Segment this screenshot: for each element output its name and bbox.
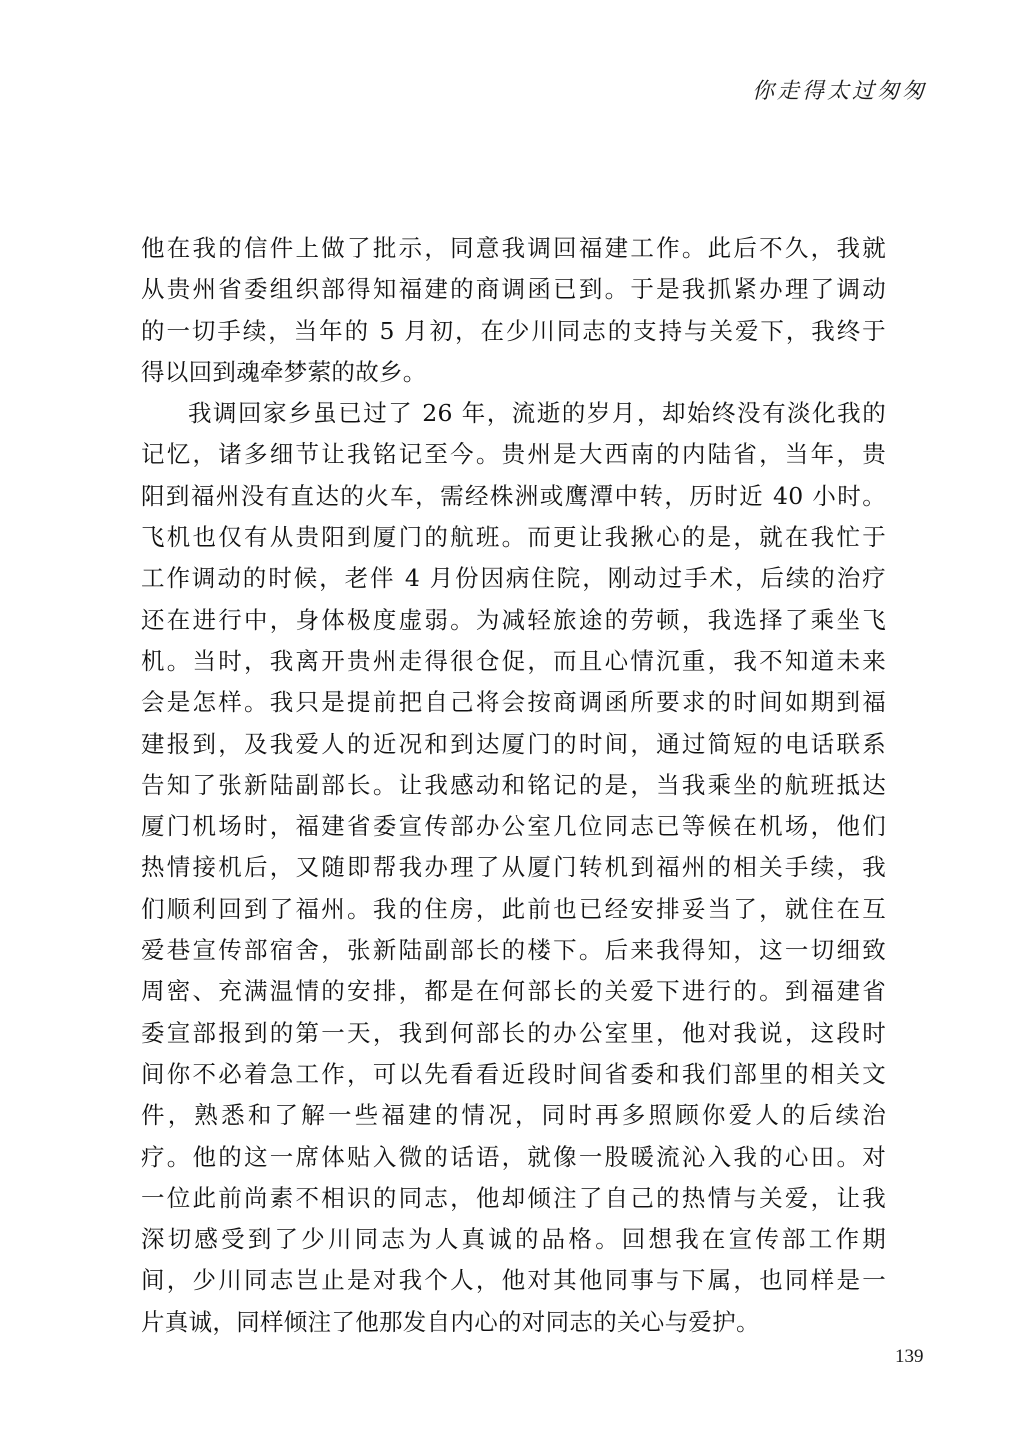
text-line: 他在我的信件上做了批示，同意我调回福建工作。此后不久，我就 [141,228,886,269]
text-line: 委宣部报到的第一天，我到何部长的办公室里，他对我说，这段时 [141,1013,886,1054]
text-line: 们顺利回到了福州。我的住房，此前也已经安排妥当了，就住在互 [141,889,886,930]
text-line: 我调回家乡虽已过了 26 年，流逝的岁月，却始终没有淡化我的 [141,393,886,434]
text-line: 热情接机后，又随即帮我办理了从厦门转机到福州的相关手续，我 [141,847,886,888]
text-line: 从贵州省委组织部得知福建的商调函已到。于是我抓紧办理了调动 [141,269,886,310]
text-line: 工作调动的时候，老伴 4 月份因病住院，刚动过手术，后续的治疗 [141,558,886,599]
text-line: 片真诚，同样倾注了他那发自内心的对同志的关心与爱护。 [141,1302,886,1343]
text-line: 间你不必着急工作，可以先看看近段时间省委和我们部里的相关文 [141,1054,886,1095]
text-line: 的一切手续，当年的 5 月初，在少川同志的支持与关爱下，我终于 [141,311,886,352]
text-line: 爱巷宣传部宿舍，张新陆副部长的楼下。后来我得知，这一切细致 [141,930,886,971]
text-line: 机。当时，我离开贵州走得很仓促，而且心情沉重，我不知道未来 [141,641,886,682]
body-text: 他在我的信件上做了批示，同意我调回福建工作。此后不久，我就 从贵州省委组织部得知… [141,228,886,1343]
text-line: 件，熟悉和了解一些福建的情况，同时再多照顾你爱人的后续治 [141,1095,886,1136]
running-header-title: 你走得太过匆匆 [752,74,927,105]
text-line: 深切感受到了少川同志为人真诚的品格。回想我在宣传部工作期 [141,1219,886,1260]
text-line: 建报到，及我爱人的近况和到达厦门的时间，通过简短的电话联系 [141,724,886,765]
text-line: 飞机也仅有从贵阳到厦门的航班。而更让我揪心的是，就在我忙于 [141,517,886,558]
text-line: 间，少川同志岂止是对我个人，他对其他同事与下属，也同样是一 [141,1260,886,1301]
text-line: 告知了张新陆副部长。让我感动和铭记的是，当我乘坐的航班抵达 [141,765,886,806]
text-line: 得以回到魂牵梦萦的故乡。 [141,352,886,393]
page-number: 139 [895,1346,924,1368]
text-line: 阳到福州没有直达的火车，需经株洲或鹰潭中转，历时近 40 小时。 [141,476,886,517]
text-line: 疗。他的这一席体贴入微的话语，就像一股暖流沁入我的心田。对 [141,1137,886,1178]
text-line: 厦门机场时，福建省委宣传部办公室几位同志已等候在机场，他们 [141,806,886,847]
text-line: 周密、充满温情的安排，都是在何部长的关爱下进行的。到福建省 [141,971,886,1012]
text-line: 还在进行中，身体极度虚弱。为减轻旅途的劳顿，我选择了乘坐飞 [141,600,886,641]
text-line: 会是怎样。我只是提前把自己将会按商调函所要求的时间如期到福 [141,682,886,723]
text-line: 一位此前尚素不相识的同志，他却倾注了自己的热情与关爱，让我 [141,1178,886,1219]
text-line: 记忆，诸多细节让我铭记至今。贵州是大西南的内陆省，当年，贵 [141,434,886,475]
